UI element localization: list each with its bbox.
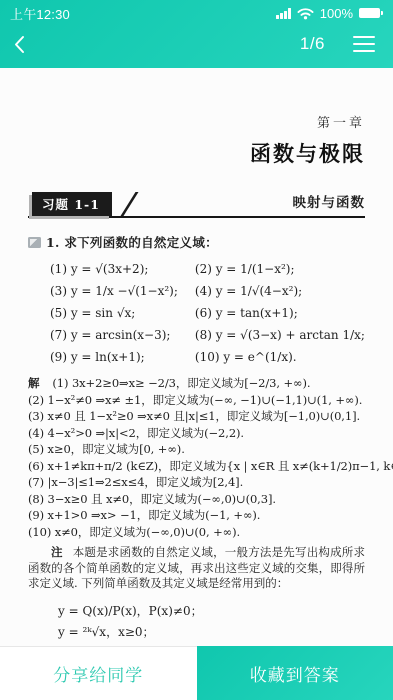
signal-icon: [276, 8, 291, 19]
problem-items: (1) y = √(3x+2); (2) y = 1/(1−x²); (3) y…: [28, 262, 365, 364]
problem-prompt: 求下列函数的自然定义域：: [64, 235, 218, 250]
chapter-title: 函数与极限: [28, 138, 365, 168]
solution-label: 解: [28, 376, 39, 390]
back-button[interactable]: [14, 28, 48, 60]
solution-line: (6) x+1≠kπ+π/2 (k∈Z)，即定义域为{x | x∈R 且 x≠(…: [28, 458, 365, 475]
solution-line: (2) 1−x²≠0 ⇒x≠ ±1，即定义域为(−∞, −1)∪(−1,1)∪(…: [28, 392, 365, 409]
problem-item: (8) y = √(3−x) + arctan 1/x;: [195, 328, 365, 342]
battery-percent: 100%: [320, 6, 353, 21]
video-icon: [28, 237, 41, 248]
header: 上午12:30 100%: [0, 0, 393, 68]
problem-item: (5) y = sin √x;: [50, 306, 195, 320]
problem-item: (1) y = √(3x+2);: [50, 262, 195, 276]
solution-line: (5) x≥0，即定义域为[0, +∞).: [28, 441, 365, 458]
solution-section: 解(1) 3x+2≥0⇒x≥ −2/3，即定义域为[−2/3, +∞). (2)…: [28, 375, 365, 540]
problem-item: (10) y = e^(1/x).: [195, 350, 365, 364]
page-indicator: 1/6: [300, 34, 325, 54]
document-page[interactable]: 第一章 函数与极限 习题 1-1 映射与函数 1. 求下列函数的自然定义域： (…: [0, 68, 393, 646]
section-header: 习题 1-1 映射与函数: [28, 191, 365, 218]
battery-icon: [359, 8, 383, 18]
formula-line: y = Q(x)/P(x)，P(x)≠0；: [58, 601, 365, 622]
solution-line: 解(1) 3x+2≥0⇒x≥ −2/3，即定义域为[−2/3, +∞).: [28, 375, 365, 392]
problem-item: (6) y = tan(x+1);: [195, 306, 365, 320]
formula-list: y = Q(x)/P(x)，P(x)≠0； y = ²ᵏ√x，x≥0； y = …: [58, 601, 365, 647]
badge-slash-decoration: [120, 192, 138, 216]
formula-line: y = ²ᵏ√x，x≥0；: [58, 622, 365, 643]
solution-line: (3) x≠0 且 1−x²≥0 ⇒x≠0 且|x|≤1，即定义域为[−1,0)…: [28, 408, 365, 425]
wifi-icon: [297, 7, 314, 20]
solution-line: (7) |x−3|≤1⇒2≤x≤4，即定义域为[2,4].: [28, 474, 365, 491]
problem-item: (2) y = 1/(1−x²);: [195, 262, 365, 276]
solution-line: (9) x+1>0 ⇒x> −1，即定义域为(−1, +∞).: [28, 507, 365, 524]
favorite-button[interactable]: 收藏到答案: [197, 646, 393, 700]
problem-number: 1.: [46, 235, 60, 250]
note-paragraph: 注本题是求函数的自然定义域，一般方法是先写出构成所求函数的各个简单函数的定义域，…: [28, 545, 365, 592]
problem-item: (7) y = arcsin(x−3);: [50, 328, 195, 342]
status-bar: 上午12:30 100%: [0, 0, 393, 26]
nav-bar: 1/6: [0, 26, 393, 68]
menu-button[interactable]: [353, 32, 375, 56]
share-button[interactable]: 分享给同学: [0, 646, 197, 700]
app-window: 上午12:30 100%: [0, 0, 393, 700]
problem-item: (9) y = ln(x+1);: [50, 350, 195, 364]
note-label: 注: [51, 545, 63, 559]
solution-line: (4) 4−x²>0 ⇒|x|<2，即定义域为(−2,2).: [28, 425, 365, 442]
problem-item: (3) y = 1/x −√(1−x²);: [50, 284, 195, 298]
clock: 上午12:30: [10, 4, 70, 23]
chevron-left-icon: [14, 35, 25, 54]
problem-statement: 1. 求下列函数的自然定义域：: [28, 233, 365, 251]
solution-line: (8) 3−x≥0 且 x≠0，即定义域为(−∞,0)∪(0,3].: [28, 491, 365, 508]
exercise-badge: 习题 1-1: [32, 192, 112, 216]
chapter-label: 第一章: [28, 112, 365, 131]
bottom-action-bar: 分享给同学 收藏到答案: [0, 646, 393, 700]
problem-item: (4) y = 1/√(4−x²);: [195, 284, 365, 298]
solution-line: (10) x≠0，即定义域为(−∞,0)∪(0, +∞).: [28, 524, 365, 541]
section-title: 映射与函数: [293, 191, 366, 216]
